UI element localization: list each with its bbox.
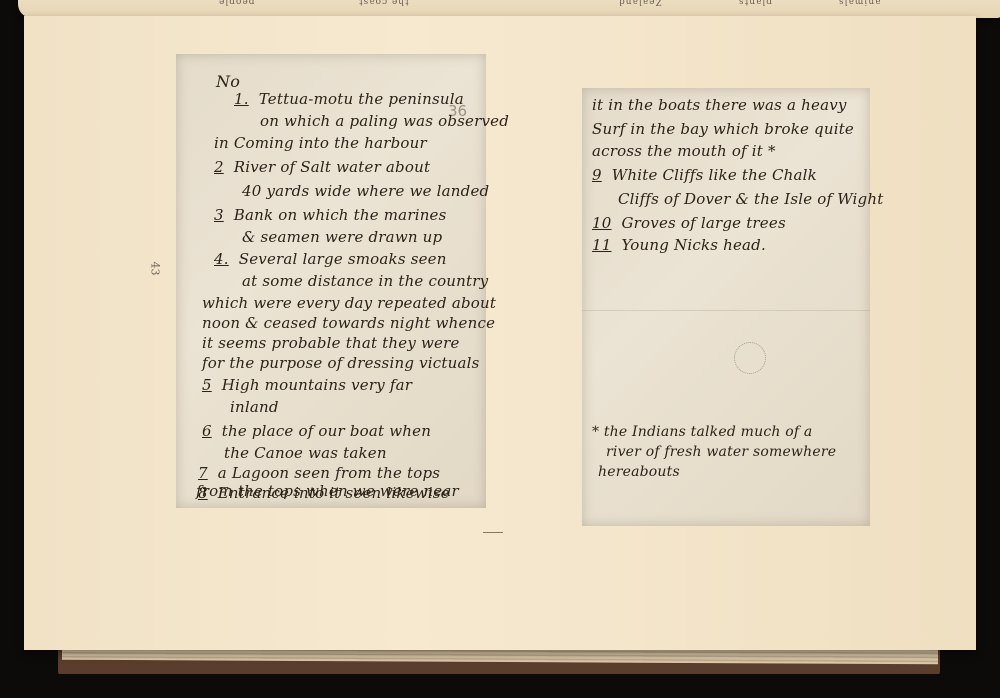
reversed-text-fragment: animals [838,0,880,6]
manuscript-line: on which a paling was observed [260,112,509,130]
gutter-mark [483,532,503,533]
manuscript-line: 1.Tettua-motu the peninsula [234,90,464,108]
manuscript-line: 2River of Salt water about [214,158,430,176]
manuscript-line: 7a Lagoon seen from the tops [198,464,440,482]
footnote-line: hereabouts [598,464,680,480]
manuscript-line: Cliffs of Dover & the Isle of Wight [618,190,883,208]
manuscript-line: 40 yards wide where we landed [242,182,489,200]
manuscript-line: 6the place of our boat when [202,422,431,440]
manuscript-line: 9White Cliffs like the Chalk [592,166,817,184]
manuscript-line: 3Bank on which the marines [214,206,447,224]
page-number: 43 [149,262,162,276]
footnote-line: river of fresh water somewhere [606,444,836,460]
footnote-line: * the Indians talked much of a [592,424,812,440]
reversed-text-fragment: the coast [358,0,409,6]
manuscript-line: inland [230,398,279,416]
manuscript-line: 11Young Nicks head. [592,236,766,254]
fold-line [582,310,870,311]
manuscript-line: at some distance in the country [242,272,488,290]
manuscript-line: in Coming into the harbour [214,134,427,152]
manuscript-line: noon & ceased towards night whence [202,314,495,332]
manuscript-line: 4.Several large smoaks seen [214,250,447,268]
manuscript-heading: No [216,72,240,91]
manuscript-line: from the tops when we were near [196,482,459,500]
manuscript-line: Surf in the bay which broke quite [592,120,854,138]
manuscript-line: which were every day repeated about [202,294,496,312]
manuscript-plate-right: it in the boats there was a heavy Surf i… [582,88,870,526]
library-stamp-icon [734,342,766,374]
manuscript-line: 10Groves of large trees [592,214,786,232]
manuscript-line: across the mouth of it * [592,142,776,160]
manuscript-line: 5High mountains very far [202,376,412,394]
reversed-text-fragment: plants [738,0,772,6]
manuscript-line: it seems probable that they were [202,334,460,352]
manuscript-line: for the purpose of dressing victuals [202,354,480,372]
manuscript-line: it in the boats there was a heavy [592,96,847,114]
manuscript-line: & seamen were drawn up [242,228,442,246]
reversed-text-fragment: Zealand [618,0,662,6]
manuscript-line: the Canoe was taken [224,444,387,462]
reversed-text-fragment: people [218,0,254,6]
manuscript-plate-left: No 36 1.Tettua-motu the peninsula on whi… [176,54,486,508]
